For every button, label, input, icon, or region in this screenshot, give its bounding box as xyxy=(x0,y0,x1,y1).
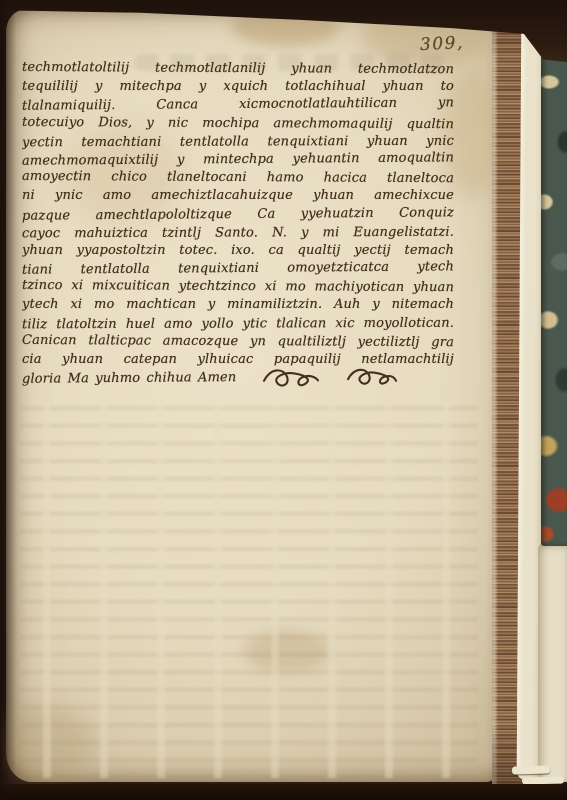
page-edge-sliver xyxy=(512,765,550,774)
binding-gutter-shadow xyxy=(0,0,16,800)
book-photograph: 309, techmotlatoltilij techmotlatlanilij… xyxy=(0,0,567,800)
folio-number: 309, xyxy=(420,33,465,55)
flyleaf-page-lower xyxy=(538,542,567,782)
calligraphic-flourish-icon xyxy=(346,365,398,389)
leather-cover-bottom-edge xyxy=(0,784,567,800)
manuscript-line: amoyectin chico tlaneltocani hamo hacica… xyxy=(22,168,454,188)
manuscript-line: tiliz tlatoltzin huel amo yollo ytic tla… xyxy=(22,314,454,334)
manuscript-line: Canican tlalticpac amacozque yn qualtili… xyxy=(22,332,454,352)
manuscript-line: tzinco xi mixcuitican ytechtzinco xi mo … xyxy=(22,277,454,297)
marbled-endpaper xyxy=(541,54,567,546)
manuscript-line: gloria Ma yuhmo chihua Amen xyxy=(22,369,237,389)
manuscript-line: cayoc mahuiztica tzintlj Santo. N. y mi … xyxy=(22,223,454,243)
manuscript-line: pazque amechtlapololtizque Ca yyehuatzin… xyxy=(22,204,454,226)
manuscript-text-block: techmotlatoltilij techmotlatlanilij yhua… xyxy=(22,60,454,387)
manuscript-line: ytech xi mo machtican y minamiliztzin. A… xyxy=(22,296,454,314)
manuscript-line: totecuiyo Dios, y nic mochipa amechmomaq… xyxy=(22,113,454,133)
manuscript-line: yhuan yyapostoltzin totec. ixo. ca qualt… xyxy=(22,242,454,260)
calligraphic-flourish-icon xyxy=(262,366,320,390)
manuscript-line: tlalnamiquilij. Canca xicmocnotlatlauhti… xyxy=(22,95,454,117)
manuscript-line: tequililij y mitechpa y xquich totlachih… xyxy=(22,78,454,96)
manuscript-line: ni ynic amo amechiztlacahuizque yhuan am… xyxy=(22,187,454,205)
ghost-text-showthrough xyxy=(20,406,478,778)
manuscript-closing-line: gloria Ma yuhmo chihua Amen xyxy=(22,367,454,389)
manuscript-line: techmotlatoltilij techmotlatlanilij yhua… xyxy=(22,59,454,79)
